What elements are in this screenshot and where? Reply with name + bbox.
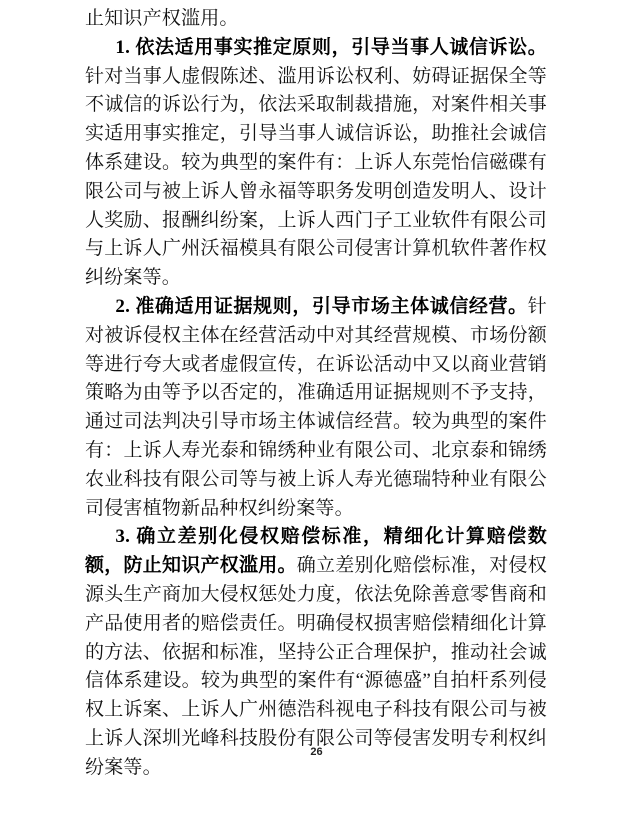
paragraph-2: 2. 准确适用证据规则，引导市场主体诚信经营。针对被诉侵权主体在经营活动中对其经… [85,293,547,523]
paragraph-3-body: 确立差别化赔偿标准，对侵权源头生产商加大侵权惩处力度，依法免除善意零售商和产品使… [85,555,547,778]
paragraph-1-body: 针对当事人虚假陈述、滥用诉讼权利、妨碍证据保全等不诚信的诉讼行为，依法采取制裁措… [85,66,547,289]
paragraph-2-heading: 2. 准确适用证据规则，引导市场主体诚信经营。 [115,296,527,317]
paragraph-continuation: 止知识产权滥用。 [85,5,547,34]
paragraph-2-body: 针对被诉侵权主体在经营活动中对其经营规模、市场份额等进行夸大或者虚假宣传，在诉讼… [85,296,547,519]
document-page: 止知识产权滥用。 1. 依法适用事实推定原则，引导当事人诚信诉讼。针对当事人虚假… [0,0,633,822]
paragraph-1: 1. 依法适用事实推定原则，引导当事人诚信诉讼。针对当事人虚假陈述、滥用诉讼权利… [85,34,547,293]
page-number: 26 [0,746,633,758]
paragraph-1-heading: 1. 依法适用事实推定原则，引导当事人诚信诉讼。 [115,37,547,58]
paragraph-3: 3. 确立差别化侵权赔偿标准，精细化计算赔偿数额，防止知识产权滥用。确立差别化赔… [85,523,547,782]
text-content: 止知识产权滥用。 1. 依法适用事实推定原则，引导当事人诚信诉讼。针对当事人虚假… [85,5,547,783]
